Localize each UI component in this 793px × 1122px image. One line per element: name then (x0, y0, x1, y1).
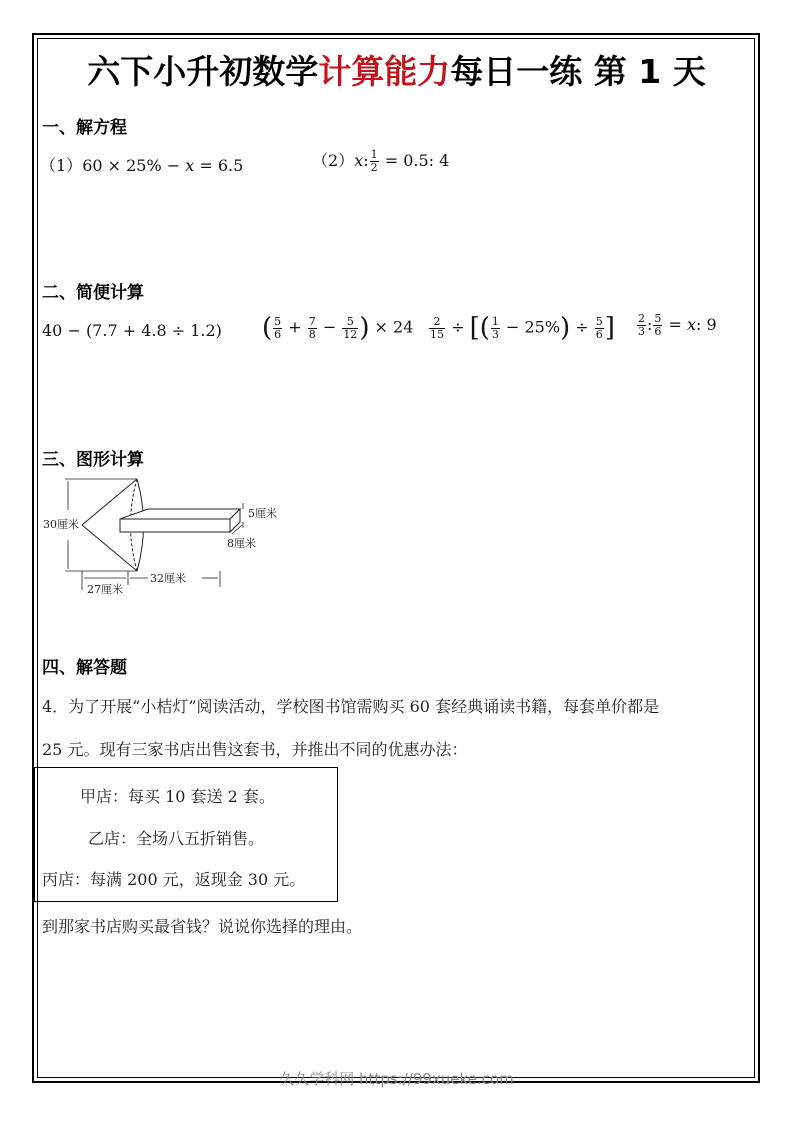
problem-line-2: 25 元。现有三家书店出售这套书，并推出不同的优惠办法： (42, 737, 467, 760)
op: : 9 (696, 315, 717, 334)
section-heading-word-problem: 四、解答题 (42, 653, 127, 678)
label-height: 30厘米 (43, 517, 79, 531)
frac-den: 6 (273, 329, 282, 341)
equation-2: （2）x:12 = 0.5: 4 (312, 148, 449, 174)
title-part2: 每日一练 (450, 52, 582, 91)
eq2-colon: : (363, 151, 368, 170)
op: : (647, 315, 652, 334)
title-part1: 六下小升初数学 (87, 52, 318, 91)
fraction: 13 (491, 316, 500, 341)
bracket-open: [( (470, 313, 490, 343)
eq1-rhs: = 6.5 (194, 156, 243, 175)
frac-den: 12 (342, 329, 358, 341)
eq1-label: （1） (40, 156, 82, 175)
op: × 24 (369, 318, 413, 337)
watermark: 久久学科网 https://99xueke.com (0, 1068, 793, 1089)
paren-close: ) (359, 313, 369, 343)
equation-1: （1）60 × 25% − x = 6.5 (40, 153, 243, 176)
var: x (687, 315, 696, 334)
op: − 25% (501, 318, 560, 337)
page-title: 六下小升初数学计算能力每日一练 第 1 天 (40, 48, 753, 96)
frac-num: 1 (491, 316, 500, 329)
frac-den: 3 (491, 329, 500, 341)
section-heading-geometry: 三、图形计算 (42, 445, 144, 470)
frac-num: 2 (429, 316, 445, 329)
frac-num: 5 (342, 316, 358, 329)
cone-prism-diagram: 30厘米 5厘米 8厘米 32厘米 27厘米 (40, 475, 290, 600)
fraction: 56 (653, 313, 662, 338)
op: − (318, 318, 342, 337)
simplify-expr-3: 215 ÷ [(13 − 25%) ÷ 56] (428, 313, 615, 343)
eq2-fraction: 12 (370, 149, 379, 174)
frac-den: 3 (637, 326, 646, 338)
eq1-var: x (185, 156, 194, 175)
fraction: 215 (429, 316, 445, 341)
offer-bing: 丙店：每满 200 元，返现金 30 元。 (42, 867, 305, 890)
label-thickness: 5厘米 (248, 506, 277, 520)
eq2-label: （2） (312, 151, 354, 170)
problem-line-1: 4．为了开展“小桔灯”阅读活动，学校图书馆需购买 60 套经典诵读书籍，每套单价… (42, 694, 659, 717)
simplify-expr-4: 23:56 = x: 9 (636, 313, 717, 338)
offer-jia: 甲店：每买 10 套送 2 套。 (80, 784, 275, 807)
fraction: 56 (273, 316, 282, 341)
paren-open: ( (262, 313, 272, 343)
frac-den: 2 (370, 162, 379, 174)
op: ÷ (446, 318, 470, 337)
title-highlight: 计算能力 (318, 52, 450, 91)
section-heading-simplify: 二、简便计算 (42, 278, 144, 303)
simplify-expr-1: 40 − (7.7 + 4.8 ÷ 1.2) (42, 321, 222, 340)
eq2-rhs: = 0.5: 4 (380, 151, 450, 170)
frac-den: 6 (595, 329, 604, 341)
op: ÷ (570, 318, 594, 337)
label-width: 8厘米 (227, 536, 256, 550)
frac-num: 7 (308, 316, 317, 329)
frac-den: 8 (308, 329, 317, 341)
fraction: 23 (637, 313, 646, 338)
frac-num: 5 (595, 316, 604, 329)
eq2-var: x (354, 151, 363, 170)
label-length: 32厘米 (150, 571, 186, 585)
section-heading-equations: 一、解方程 (42, 113, 127, 138)
frac-num: 5 (273, 316, 282, 329)
op: = (663, 315, 687, 334)
frac-den: 6 (653, 326, 662, 338)
problem-question: 到那家书店购买最省钱？说说你选择的理由。 (42, 914, 362, 937)
bracket-close: ] (605, 313, 615, 343)
op: + (283, 318, 307, 337)
eq1-expr: 60 × 25% − (82, 156, 185, 175)
paren-close: ) (560, 313, 570, 343)
label-cone: 27厘米 (87, 582, 123, 596)
simplify-expr-2: (56 + 78 − 512) × 24 (262, 313, 413, 343)
offer-yi: 乙店：全场八五折销售。 (88, 826, 264, 849)
title-day: 第 1 天 (582, 52, 705, 91)
frac-den: 15 (429, 329, 445, 341)
fraction: 78 (308, 316, 317, 341)
fraction: 512 (342, 316, 358, 341)
fraction: 56 (595, 316, 604, 341)
